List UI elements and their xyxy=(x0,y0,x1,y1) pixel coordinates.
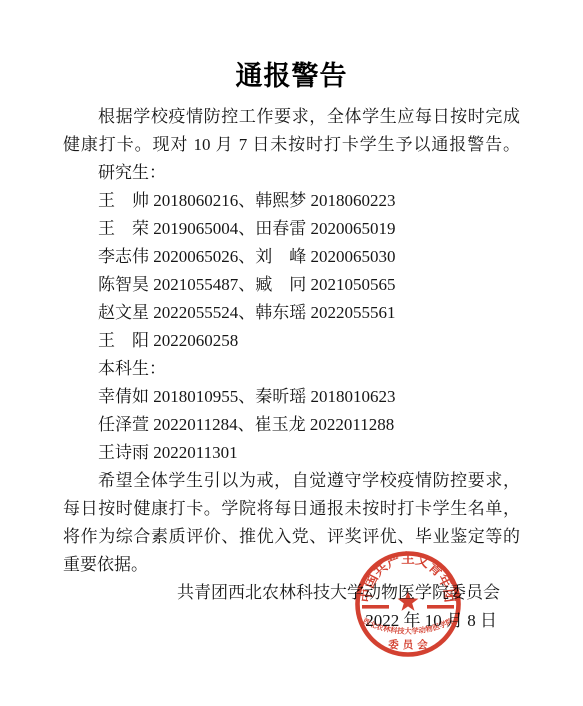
closing-line: 希望全体学生引以为戒，自觉遵守学校疫情防控要求， xyxy=(63,467,520,495)
student-line: 王诗雨 2022011301 xyxy=(63,439,520,467)
student-line: 王 帅 2018060216、韩熙梦 2018060223 xyxy=(63,187,520,215)
student-line: 幸倩如 2018010955、秦昕瑶 2018010623 xyxy=(63,383,520,411)
closing-line: 将作为综合素质评价、推优入党、评奖评优、毕业鉴定等的 xyxy=(63,523,520,551)
intro-line: 根据学校疫情防控工作要求，全体学生应每日按时完成 xyxy=(63,103,520,131)
student-line: 陈智昊 2021055487、臧 冋 2021050565 xyxy=(63,271,520,299)
student-line: 王 荣 2019065004、田春雷 2020065019 xyxy=(63,215,520,243)
closing-line: 重要依据。 xyxy=(63,551,520,579)
student-line: 赵文星 2022055524、韩东瑶 2022055561 xyxy=(63,299,520,327)
date-line: 2022 年 10 月 8 日 xyxy=(63,607,520,635)
notice-title: 通报警告 xyxy=(0,54,583,93)
intro-line: 健康打卡。现对 10 月 7 日未按时打卡学生予以通报警告。 xyxy=(63,131,520,159)
graduate-section-label: 研究生： xyxy=(63,159,520,187)
closing-line: 每日按时健康打卡。学院将每日通报未按时打卡学生名单， xyxy=(63,495,520,523)
undergraduate-section-label: 本科生： xyxy=(63,355,520,383)
notice-document: 通报警告 根据学校疫情防控工作要求，全体学生应每日按时完成 健康打卡。现对 10… xyxy=(0,0,583,706)
notice-body: 根据学校疫情防控工作要求，全体学生应每日按时完成 健康打卡。现对 10 月 7 … xyxy=(63,103,520,635)
seal-committee-text: 委员会 xyxy=(388,638,432,651)
student-line: 王 阳 2022060258 xyxy=(63,327,520,355)
student-line: 任泽萱 2022011284、崔玉龙 2022011288 xyxy=(63,411,520,439)
signature-line: 共青团西北农林科技大学动物医学院委员会 xyxy=(63,579,520,607)
student-line: 李志伟 2020065026、刘 峰 2020065030 xyxy=(63,243,520,271)
